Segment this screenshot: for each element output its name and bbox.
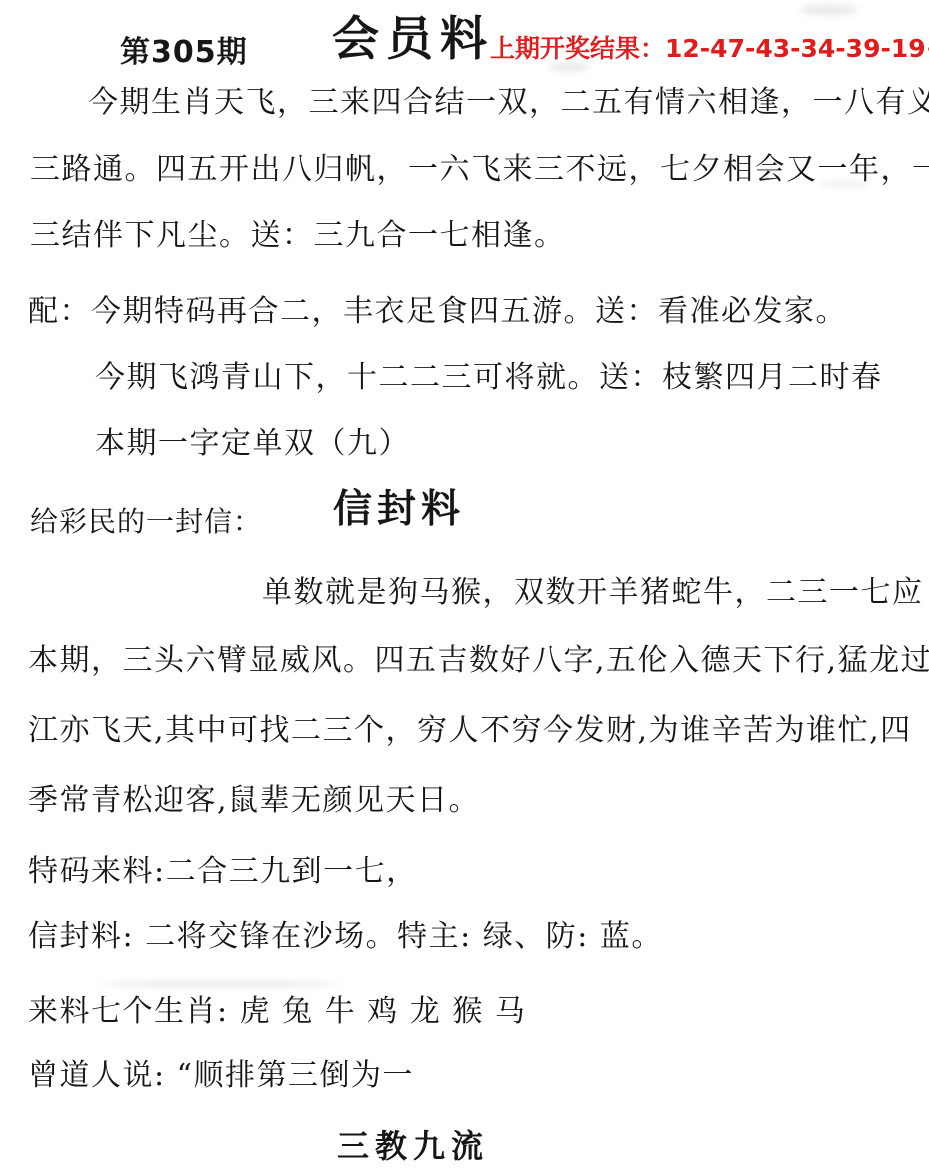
envelope-verse-line-2: 本期，三头六臂显威风。四五吉数好八字,五伦入德天下行,猛龙过 bbox=[28, 646, 929, 676]
special-code-tip-line: 特码来料:二合三九到一七， bbox=[28, 857, 418, 887]
feihong-line: 今期飞鸿青山下，十二二三可将就。送：枝繁四月二时春 bbox=[95, 363, 883, 393]
danshuang-line: 本期一字定单双（九） bbox=[95, 429, 410, 459]
scan-smudge bbox=[100, 980, 340, 988]
envelope-intro-label: 给彩民的一封信： bbox=[30, 500, 262, 540]
zeng-daoren-line: 曾道人说: “顺排第三倒为一 bbox=[28, 1061, 414, 1091]
envelope-section-title: 信封料 bbox=[333, 490, 465, 529]
issue-number: 第305期 bbox=[120, 27, 248, 71]
pei-line: 配：今期特码再合二，丰衣足食四五游。送：看准必发家。 bbox=[28, 297, 847, 327]
envelope-verse-line-4: 季常青松迎客,鼠辈无颜见天日。 bbox=[28, 786, 480, 816]
footer-phrase: 三教九流 bbox=[337, 1121, 489, 1167]
envelope-verse-line-1: 单数就是狗马猴，双数开羊猪蛇牛，二三一七应 bbox=[262, 578, 924, 608]
envelope-verse-line-3: 江亦飞天,其中可找二三个，穷人不穷今发财,为谁辛苦为谁忙,四 bbox=[28, 716, 912, 746]
scan-smudge bbox=[800, 4, 858, 16]
page-title: 会员料 bbox=[332, 16, 494, 63]
last-draw-result: 上期开奖结果：12-47-43-34-39-19+48 bbox=[490, 29, 929, 65]
zodiac-tip-line: 来料七个生肖: 虎 兔 牛 鸡 龙 猴 马 bbox=[28, 997, 526, 1027]
member-verse-line-3: 三结伴下凡尘。送：三九合一七相逢。 bbox=[30, 221, 566, 251]
envelope-tip-line: 信封料: 二将交锋在沙场。特主: 绿、防: 蓝。 bbox=[28, 922, 663, 952]
last-draw-result-label: 上期开奖结果： bbox=[490, 34, 665, 63]
member-verse-line-1: 今期生肖天飞，三来四合结一双，二五有情六相逢，一八有义 bbox=[88, 88, 929, 118]
lottery-tip-sheet-page: 第305期 会员料 上期开奖结果：12-47-43-34-39-19+48 今期… bbox=[0, 0, 929, 1176]
last-draw-result-numbers: 12-47-43-34-39-19+48 bbox=[665, 34, 929, 63]
member-verse-line-2: 三路通。四五开出八归帆，一六飞来三不远，七夕相会又一年，一 bbox=[30, 155, 929, 185]
